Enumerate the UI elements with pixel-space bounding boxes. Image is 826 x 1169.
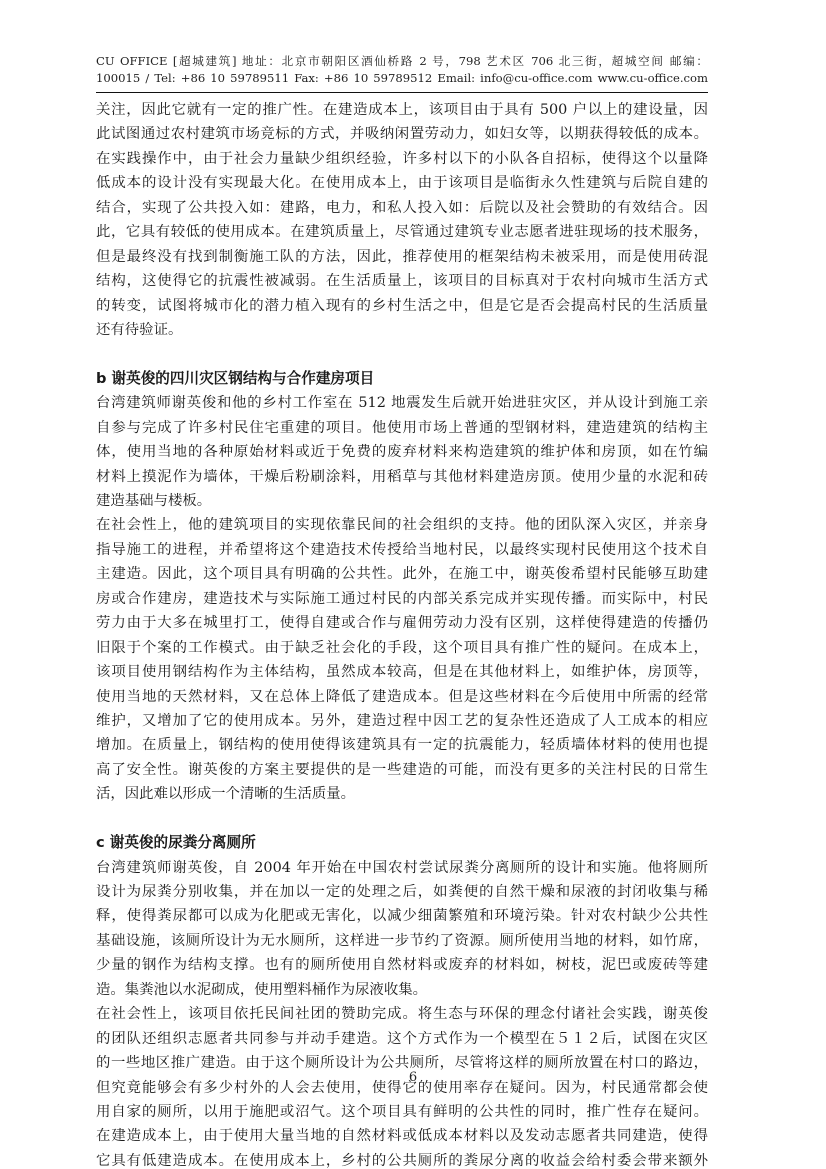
text-line: 旧限于个案的工作模式。由于缺乏社会化的手段，这个项目具有推广性的疑问。在成本上， [96, 636, 708, 660]
text-line: 主建造。因此，这个项目具有明确的公共性。此外，在施工中，谢英俊希望村民能够互助建 [96, 562, 708, 586]
text-line: 材料上摸泥作为墙体，干燥后粉刷涂料，用稻草与其他材料建造房顶。使用少量的水泥和砖 [96, 465, 708, 489]
text-line: 使用当地的天然材料，又在总体上降低了建造成本。但是这些材料在今后使用中所需的经常 [96, 685, 708, 709]
section-b-paragraph-2: 在社会性上，他的建筑项目的实现依靠民间的社会组织的支持。他的团队深入灾区，并亲身… [96, 513, 708, 806]
text-line: 的团队还组织志愿者共同参与并动手建造。这个方式作为一个模型在５１２后，试图在灾区 [96, 1027, 708, 1051]
text-line: 用自家的厕所，以用于施肥或沼气。这个项目具有鲜明的公共性的同时，推广性存在疑问。 [96, 1100, 708, 1124]
section-b-paragraph-1: 台湾建筑师谢英俊和他的乡村工作室在 512 地震发生后就开始进驻灾区，并从设计到… [96, 391, 708, 513]
text-line: 增加。在质量上，钢结构的使用使得该建筑具有一定的抗震能力，轻质墙体材料的使用也提 [96, 733, 708, 757]
text-line: 在建造成本上，由于使用大量当地的自然材料或低成本材料以及发动志愿者共同建造，使得 [96, 1124, 708, 1148]
text-line: 维护，又增加了它的使用成本。另外，建造过程中因工艺的复杂性还造成了人工成本的相应 [96, 709, 708, 733]
text-line: 该项目使用钢结构作为主体结构，虽然成本较高，但是在其他材料上，如维护体，房顶等， [96, 660, 708, 684]
header-address-line: CU OFFICE [超城建筑] 地址：北京市朝阳区酒仙桥路 2 号，798 艺… [96, 53, 708, 70]
text-line: 少量的钢作为结构支撑。也有的厕所使用自然材料或废弃的材料如，树枝，泥巴或废砖等建 [96, 953, 708, 977]
section-c: c 谢英俊的尿粪分离厕所 台湾建筑师谢英俊，自 2004 年开始在中国农村尝试尿… [96, 831, 708, 1169]
text-line: 体，使用当地的各种原始材料或近于免费的废弃材料来构造建筑的维护体和房顶，如在竹编 [96, 440, 708, 464]
text-line: 在社会性上，该项目依托民间社团的赞助完成。将生态与环保的理念付诸社会实践，谢英俊 [96, 1002, 708, 1026]
page-number: 6 [0, 1070, 826, 1085]
text-line: 自参与完成了许多村民住宅重建的项目。他使用市场上普通的型钢材料，建造建筑的结构主 [96, 416, 708, 440]
text-line: 在社会性上，他的建筑项目的实现依靠民间的社会组织的支持。他的团队深入灾区，并亲身 [96, 513, 708, 537]
section-c-paragraph-2: 在社会性上，该项目依托民间社团的赞助完成。将生态与环保的理念付诸社会实践，谢英俊… [96, 1002, 708, 1169]
text-line: 此，它具有较低的使用成本。在建筑质量上，尽管通过建筑专业志愿者进驻现场的技术服务… [96, 220, 708, 244]
text-line: 但是最终没有找到制衡施工队的方法，因此，推荐使用的框架结构未被采用，而是使用砖混 [96, 245, 708, 269]
page-header: CU OFFICE [超城建筑] 地址：北京市朝阳区酒仙桥路 2 号，798 艺… [96, 53, 708, 87]
text-line: 高了安全性。谢英俊的方案主要提供的是一些建造的可能，而没有更多的关注村民的日常生 [96, 758, 708, 782]
header-contact-line: 100015 / Tel: +86 10 59789511 Fax: +86 1… [96, 70, 708, 87]
text-line: 设计为尿粪分别收集，并在加以一定的处理之后，如粪便的自然干燥和尿液的封闭收集与稀 [96, 880, 708, 904]
section-c-heading: c 谢英俊的尿粪分离厕所 [96, 831, 708, 855]
text-line: 建造基础与楼板。 [96, 489, 708, 513]
section-spacer [96, 342, 708, 366]
header-divider [96, 92, 708, 93]
text-line: 它具有低建造成本。在使用成本上，乡村的公共厕所的粪尿分离的收益会给村委会带来额外 [96, 1149, 708, 1169]
text-line: 台湾建筑师谢英俊和他的乡村工作室在 512 地震发生后就开始进驻灾区，并从设计到… [96, 391, 708, 415]
section-spacer [96, 807, 708, 831]
text-line: 此试图通过农村建筑市场竞标的方式，并吸纳闲置劳动力，如妇女等，以期获得较低的成本… [96, 122, 708, 146]
text-line: 的转变，试图将城市化的潜力植入现有的乡村生活之中，但是它是否会提高村民的生活质量 [96, 294, 708, 318]
section-c-paragraph-1: 台湾建筑师谢英俊，自 2004 年开始在中国农村尝试尿粪分离厕所的设计和实施。他… [96, 856, 708, 1003]
text-line: 释，使得粪尿都可以成为化肥或无害化，以减少细菌繁殖和环境污染。针对农村缺少公共性 [96, 904, 708, 928]
text-line: 活，因此难以形成一个清晰的生活质量。 [96, 782, 708, 806]
text-line: 结合，实现了公共投入如：建路，电力，和私人投入如：后院以及社会赞助的有效结合。因 [96, 196, 708, 220]
text-line: 结构，这使得它的抗震性被减弱。在生活质量上，该项目的目标真对于农村向城市生活方式 [96, 269, 708, 293]
text-line: 台湾建筑师谢英俊，自 2004 年开始在中国农村尝试尿粪分离厕所的设计和实施。他… [96, 856, 708, 880]
text-line: 还有待验证。 [96, 318, 708, 342]
text-line: 在实践操作中，由于社会力量缺少组织经验，许多村以下的小队各自招标，使得这个以量降 [96, 147, 708, 171]
text-line: 指导施工的进程，并希望将这个建造技术传授给当地村民，以最终实现村民使用这个技术自 [96, 538, 708, 562]
text-line: 低成本的设计没有实现最大化。在使用成本上，由于该项目是临街永久性建筑与后院自建的 [96, 171, 708, 195]
text-line: 基础设施，该厕所设计为无水厕所，这样进一步节约了资源。厕所使用当地的材料，如竹席… [96, 929, 708, 953]
document-body: 关注，因此它就有一定的推广性。在建造成本上，该项目由于具有 500 户以上的建设… [96, 98, 708, 1169]
text-line: 关注，因此它就有一定的推广性。在建造成本上，该项目由于具有 500 户以上的建设… [96, 98, 708, 122]
text-line: 劳力由于大多在城里打工，使得自建或合作与雇佣劳动力没有区别，这样使得建造的传播仍 [96, 611, 708, 635]
section-b-heading: b 谢英俊的四川灾区钢结构与合作建房项目 [96, 367, 708, 391]
text-line: 房或合作建房，建造技术与实际施工通过村民的内部关系完成并实现传播。而实际中，村民 [96, 587, 708, 611]
text-line: 造。集粪池以水泥砌成，使用塑料桶作为尿液收集。 [96, 978, 708, 1002]
section-b: b 谢英俊的四川灾区钢结构与合作建房项目 台湾建筑师谢英俊和他的乡村工作室在 5… [96, 367, 708, 807]
intro-paragraph: 关注，因此它就有一定的推广性。在建造成本上，该项目由于具有 500 户以上的建设… [96, 98, 708, 342]
